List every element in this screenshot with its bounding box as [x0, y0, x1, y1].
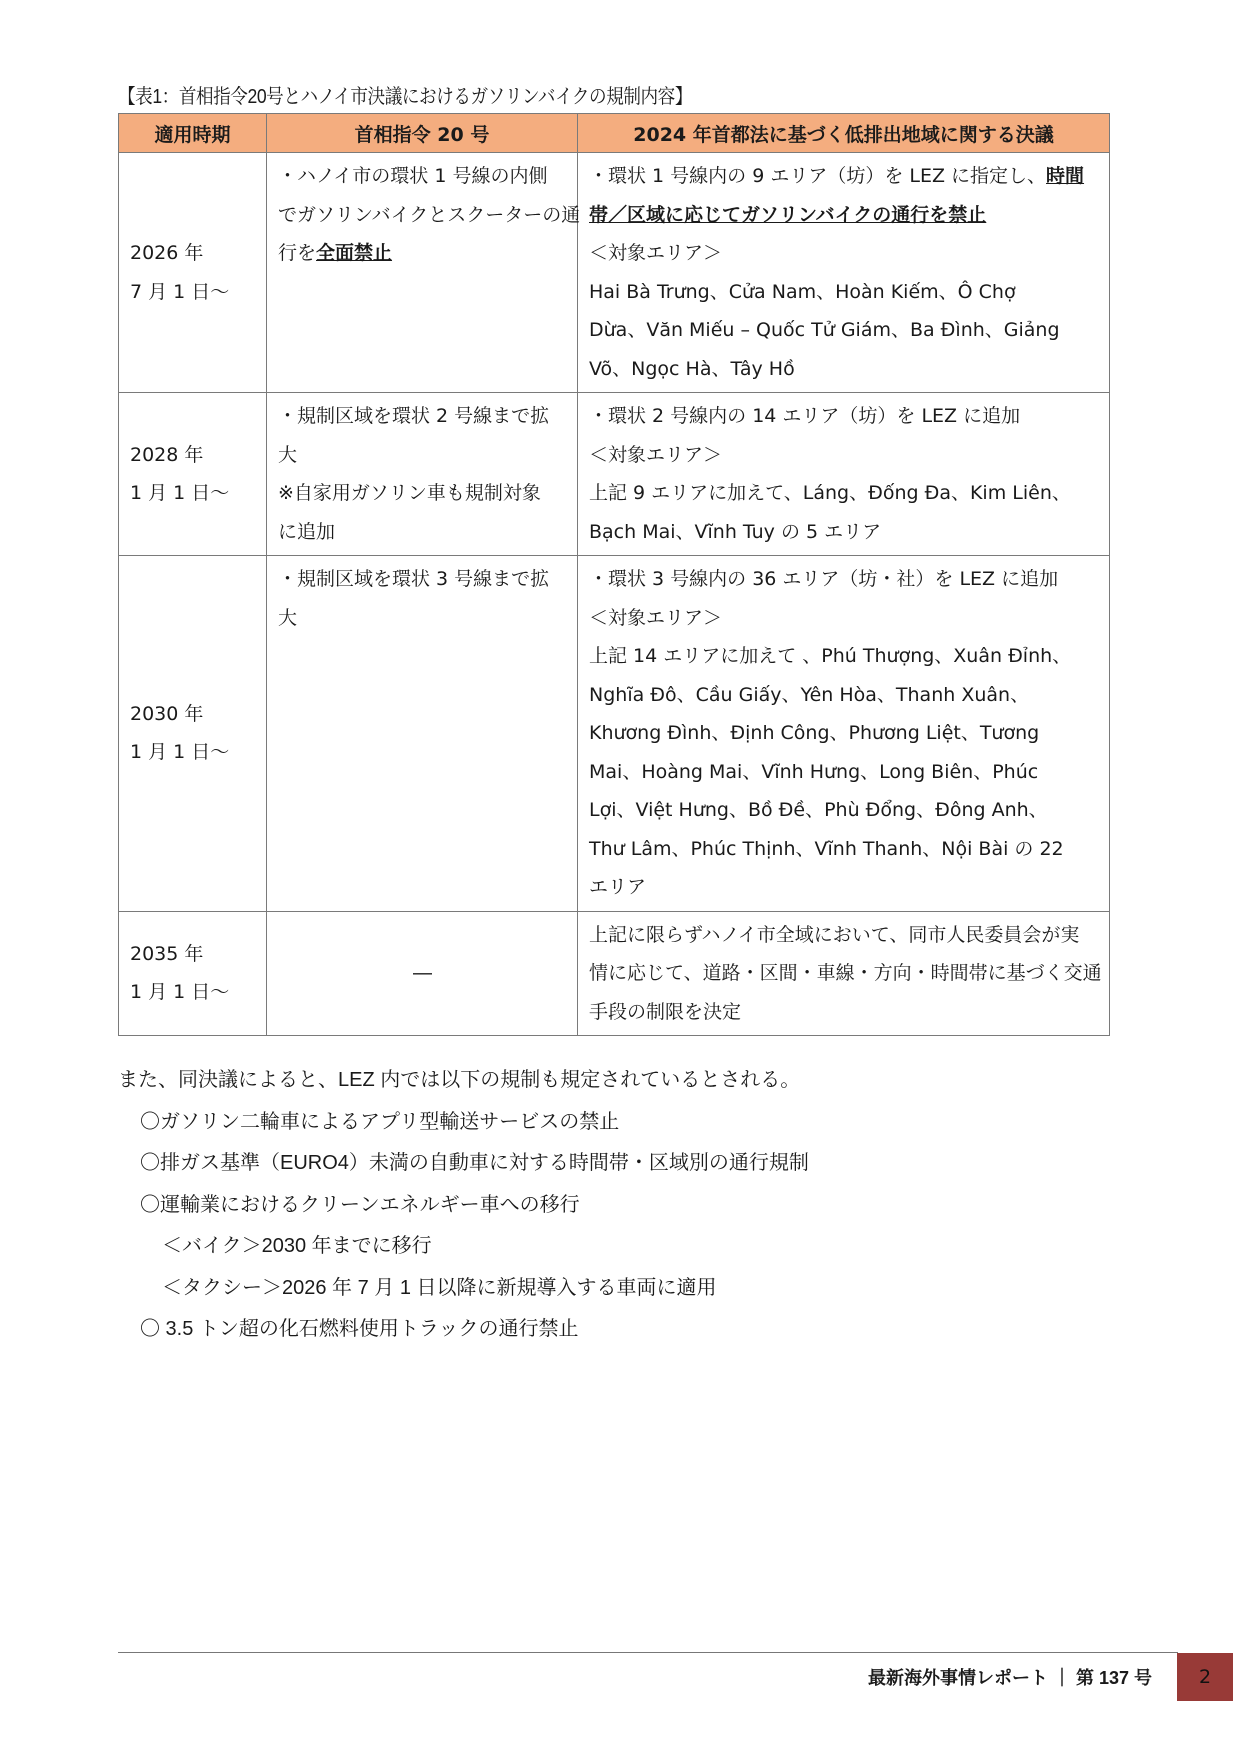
emphasis-text: 全面禁止	[316, 242, 392, 264]
list-subitem: ＜タクシー＞2026 年 7 月 1 日以降に新規導入する車両に適用	[118, 1268, 809, 1310]
header-directive: 首相指令 20 号	[267, 114, 578, 153]
resolution-cell: ・環状 2 号線内の 14 エリア（坊）を LEZ に追加 ＜対象エリア＞ 上記…	[578, 393, 1110, 556]
cell-line: ・規制区域を環状 2 号線まで拡	[278, 397, 567, 436]
period-date: 1 月 1 日～	[130, 474, 256, 513]
header-period: 適用時期	[119, 114, 267, 153]
resolution-cell: ・環状 3 号線内の 36 エリア（坊・社）を LEZ に追加 ＜対象エリア＞ …	[578, 556, 1110, 912]
cell-line: ・規制区域を環状 3 号線まで拡	[278, 560, 567, 599]
empty-dash: ―	[413, 962, 432, 984]
period-year: 2030 年	[130, 695, 256, 734]
period-cell: 2035 年 1 月 1 日～	[119, 911, 267, 1036]
cell-line: ※自家用ガソリン車も規制対象	[278, 474, 567, 513]
header-resolution: 2024 年首都法に基づく低排出地域に関する決議	[578, 114, 1110, 153]
directive-cell: ・ハノイ市の環状 1 号線の内側 でガソリンバイクとスクーターの通 行を全面禁止	[267, 153, 578, 393]
period-cell: 2030 年 1 月 1 日～	[119, 556, 267, 912]
body-paragraph: また、同決議によると、LEZ 内では以下の規制も規定されているとされる。 〇ガソ…	[118, 1060, 809, 1351]
cell-line: Khương Đình、Định Công、Phương Liệt、Tương	[589, 714, 1099, 753]
period-date: 7 月 1 日～	[130, 273, 256, 312]
cell-line: ・環状 2 号線内の 14 エリア（坊）を LEZ に追加	[589, 397, 1099, 436]
cell-text: ・環状 1 号線内の 9 エリア（坊）を LEZ に指定し、	[589, 165, 1046, 187]
cell-line: Nghĩa Đô、Cầu Giấy、Yên Hòa、Thanh Xuân、	[589, 676, 1099, 715]
table-caption: 【表1：首相指令20号とハノイ市決議におけるガソリンバイクの規制内容】	[118, 80, 692, 109]
cell-line: 上記 14 エリアに加えて 、Phú Thượng、Xuân Đỉnh、	[589, 637, 1099, 676]
cell-line: Võ、Ngọc Hà、Tây Hồ	[589, 350, 1099, 389]
cell-line: 行を全面禁止	[278, 234, 567, 273]
resolution-cell: 上記に限らずハノイ市全域において、同市人民委員会が実 情に応じて、道路・区間・車…	[578, 911, 1110, 1036]
resolution-cell: ・環状 1 号線内の 9 エリア（坊）を LEZ に指定し、時間 帯／区域に応じ…	[578, 153, 1110, 393]
directive-cell: ・規制区域を環状 3 号線まで拡 大	[267, 556, 578, 912]
cell-line: 情に応じて、道路・区間・車線・方向・時間帯に基づく交通	[589, 954, 1099, 993]
cell-line: Bạch Mai、Vĩnh Tuy の 5 エリア	[589, 513, 1099, 552]
cell-line: ・環状 3 号線内の 36 エリア（坊・社）を LEZ に追加	[589, 560, 1099, 599]
page-number-badge: 2	[1177, 1653, 1233, 1701]
cell-line: 大	[278, 599, 567, 638]
period-year: 2028 年	[130, 436, 256, 475]
footer-divider	[118, 1652, 1178, 1653]
cell-line: Thư Lâm、Phúc Thịnh、Vĩnh Thanh、Nội Bài の …	[589, 830, 1099, 869]
table-header-row: 適用時期 首相指令 20 号 2024 年首都法に基づく低排出地域に関する決議	[119, 114, 1110, 153]
cell-line: Hai Bà Trưng、Cửa Nam、Hoàn Kiếm、Ô Chợ	[589, 273, 1099, 312]
cell-line: Lợi、Việt Hưng、Bồ Đề、Phù Đổng、Đông Anh、	[589, 791, 1099, 830]
cell-line: 手段の制限を決定	[589, 993, 1099, 1032]
list-item: 〇 3.5 トン超の化石燃料使用トラックの通行禁止	[118, 1309, 809, 1351]
period-year: 2035 年	[130, 935, 256, 974]
list-item: 〇排ガス基準（EURO4）未満の自動車に対する時間帯・区域別の通行規制	[118, 1143, 809, 1185]
period-cell: 2028 年 1 月 1 日～	[119, 393, 267, 556]
directive-cell: ―	[267, 911, 578, 1036]
cell-line: エリア	[589, 868, 1099, 907]
intro-text: また、同決議によると、LEZ 内では以下の規制も規定されているとされる。	[118, 1060, 809, 1102]
cell-line: Mai、Hoàng Mai、Vĩnh Hưng、Long Biên、Phúc	[589, 753, 1099, 792]
period-cell: 2026 年 7 月 1 日～	[119, 153, 267, 393]
emphasis-text: 時間	[1046, 165, 1084, 187]
cell-line: ＜対象エリア＞	[589, 436, 1099, 475]
cell-line: 上記 9 エリアに加えて、Láng、Đống Đa、Kim Liên、	[589, 474, 1099, 513]
table-row: 2026 年 7 月 1 日～ ・ハノイ市の環状 1 号線の内側 でガソリンバイ…	[119, 153, 1110, 393]
cell-line: ＜対象エリア＞	[589, 599, 1099, 638]
cell-line: ・環状 1 号線内の 9 エリア（坊）を LEZ に指定し、時間	[589, 157, 1099, 196]
cell-line: 上記に限らずハノイ市全域において、同市人民委員会が実	[589, 916, 1099, 955]
cell-line: に追加	[278, 513, 567, 552]
table-row: 2028 年 1 月 1 日～ ・規制区域を環状 2 号線まで拡 大 ※自家用ガ…	[119, 393, 1110, 556]
period-year: 2026 年	[130, 234, 256, 273]
cell-line: ＜対象エリア＞	[589, 234, 1099, 273]
period-date: 1 月 1 日～	[130, 973, 256, 1012]
table-row: 2035 年 1 月 1 日～ ― 上記に限らずハノイ市全域において、同市人民委…	[119, 911, 1110, 1036]
cell-text: 行を	[278, 242, 316, 264]
emphasis-line: 帯／区域に応じてガソリンバイクの通行を禁止	[589, 196, 1099, 235]
list-subitem: ＜バイク＞2030 年までに移行	[118, 1226, 809, 1268]
period-date: 1 月 1 日～	[130, 733, 256, 772]
footer-publication: 最新海外事情レポート ｜ 第 137 号	[868, 1664, 1152, 1690]
cell-line: ・ハノイ市の環状 1 号線の内側	[278, 157, 567, 196]
list-item: 〇運輸業におけるクリーンエネルギー車への移行	[118, 1185, 809, 1227]
cell-line: Dừa、Văn Miếu – Quốc Tử Giám、Ba Đình、Giản…	[589, 311, 1099, 350]
cell-line: でガソリンバイクとスクーターの通	[278, 196, 567, 235]
regulation-table: 適用時期 首相指令 20 号 2024 年首都法に基づく低排出地域に関する決議 …	[118, 113, 1110, 1036]
list-item: 〇ガソリン二輪車によるアプリ型輸送サービスの禁止	[118, 1102, 809, 1144]
page-number: 2	[1199, 1666, 1211, 1688]
directive-cell: ・規制区域を環状 2 号線まで拡 大 ※自家用ガソリン車も規制対象 に追加	[267, 393, 578, 556]
cell-line: 大	[278, 436, 567, 475]
table-row: 2030 年 1 月 1 日～ ・規制区域を環状 3 号線まで拡 大 ・環状 3…	[119, 556, 1110, 912]
